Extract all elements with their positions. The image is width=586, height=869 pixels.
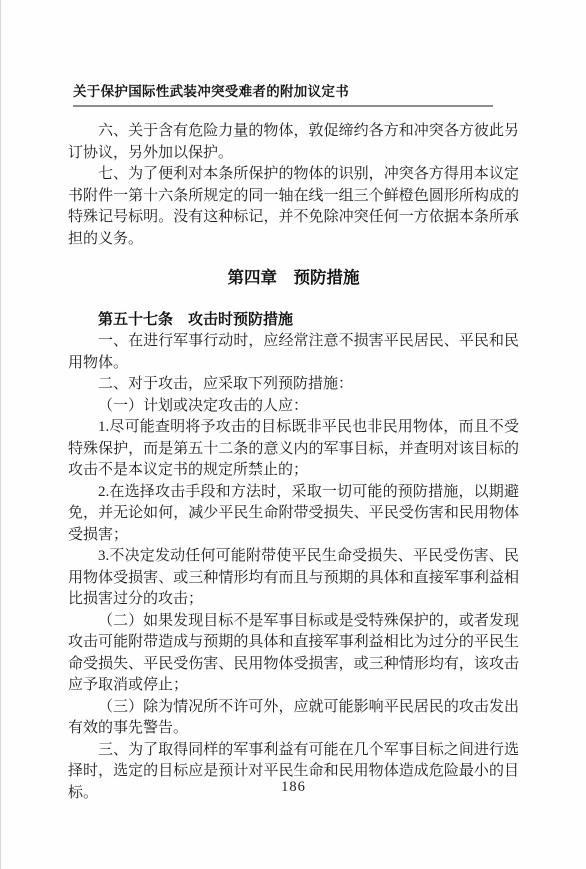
paragraph-subitem-1-point-3: 3.不决定发动任何可能附带使平民生命受损失、平民受伤害、民用物体受损害、或三种情… xyxy=(68,546,519,611)
document-page: 关于保护国际性武装冲突受难者的附加议定书 六、关于含有危险力量的物体，敦促缔约各… xyxy=(0,0,586,869)
chapter-heading: 第四章 预防措施 xyxy=(68,267,519,289)
document-body: 六、关于含有危险力量的物体，敦促缔约各方和冲突各方彼此另订协议，另外加以保护。 … xyxy=(68,121,519,804)
paragraph-clause-6: 六、关于含有危险力量的物体，敦促缔约各方和冲突各方彼此另订协议，另外加以保护。 xyxy=(68,121,519,164)
paragraph-subitem-3: （三）除为情况所不许可外，应就可能影响平民居民的攻击发出有效的事先警告。 xyxy=(68,697,519,740)
paragraph-clause-7: 七、为了便利对本条所保护的物体的识别，冲突各方得用本议定书附件一第十六条所规定的… xyxy=(68,164,519,250)
running-head-title: 关于保护国际性武装冲突受难者的附加议定书 xyxy=(73,80,349,100)
header-rule xyxy=(73,105,493,107)
paragraph-subitem-1-point-1: 1.尽可能查明将予攻击的目标既非平民也非民用物体，而且不受特殊保护，而是第五十二… xyxy=(68,417,519,482)
page-number: 186 xyxy=(1,779,586,796)
paragraph-subitem-1: （一）计划或决定攻击的人应： xyxy=(68,396,519,418)
paragraph-subitem-2: （二）如果发现目标不是军事目标或是受特殊保护的，或者发现攻击可能附带造成与预期的… xyxy=(68,611,519,697)
paragraph-subitem-1-point-2: 2.在选择攻击手段和方法时，采取一切可能的预防措施，以期避免，并无论如何，减少平… xyxy=(68,482,519,547)
paragraph-item-2: 二、对于攻击，应采取下列预防措施： xyxy=(68,374,519,396)
article-heading: 第五十七条 攻击时预防措施 xyxy=(68,309,519,331)
paragraph-item-1: 一、在进行军事行动时，应经常注意不损害平民居民、平民和民用物体。 xyxy=(68,331,519,374)
